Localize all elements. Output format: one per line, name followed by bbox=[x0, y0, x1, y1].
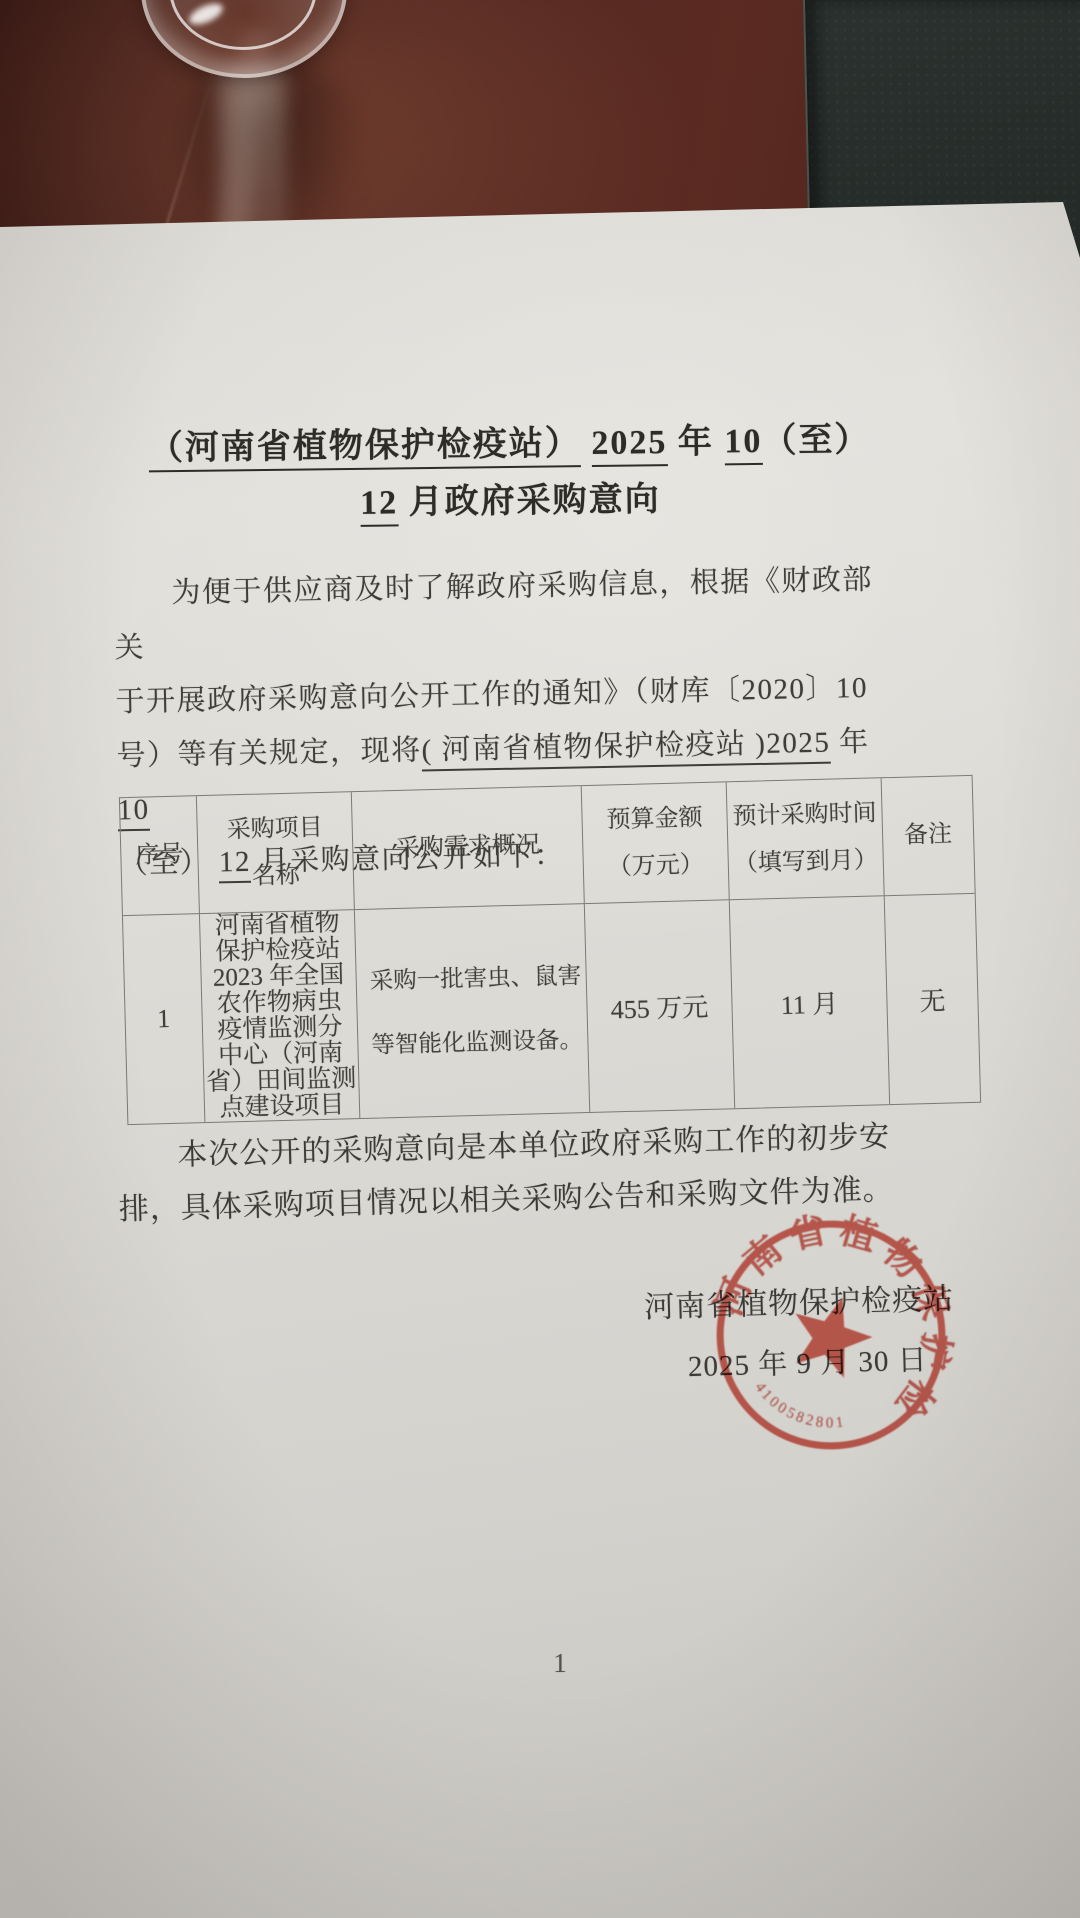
text-segment: 年 bbox=[667, 423, 724, 461]
text-line: 采购一批害虫、鼠害 bbox=[369, 944, 582, 1014]
table-row-seq: 1 bbox=[123, 914, 205, 1124]
svg-text:4100582801: 4100582801 bbox=[745, 1377, 854, 1440]
table-row-budget: 455 万元 bbox=[585, 900, 735, 1112]
intro-line-1: 为便于供应商及时了解政府采购信息，根据《财政部关 bbox=[113, 553, 879, 676]
text-segment: （河南省植物保护检疫站） bbox=[149, 425, 581, 472]
text-segment: 12 bbox=[360, 484, 399, 526]
text-line: 预算金额 bbox=[606, 794, 703, 843]
stamp-star-icon bbox=[782, 1286, 881, 1383]
th-remark: 备注 bbox=[882, 776, 975, 896]
text-segment: （至） bbox=[762, 422, 870, 460]
text-line: 等智能化监测设备。 bbox=[371, 1008, 584, 1078]
text-segment: 月政府采购意向 bbox=[398, 481, 661, 521]
th-time: 预计采购时间（填写到月） bbox=[727, 778, 885, 900]
text-line: （万元） bbox=[607, 841, 704, 890]
text-line: 点建设项目 bbox=[219, 1092, 345, 1121]
text-line: 名称 bbox=[251, 852, 300, 900]
text-segment: 年 bbox=[830, 726, 870, 759]
document-title: （河南省植物保护检疫站） 2025 年 10（至） 12 月政府采购意向 bbox=[119, 411, 900, 535]
text-line: 预计采购时间 bbox=[732, 790, 877, 841]
text-segment: 于开展政府采购意向公开工作的通知》（财库〔2020〕10 bbox=[115, 672, 868, 718]
table-row-requirement: 采购一批害虫、鼠害等智能化监测设备。 bbox=[355, 904, 590, 1118]
title-line-2: 12 月政府采购意向 bbox=[120, 468, 901, 535]
text-segment bbox=[581, 425, 592, 462]
th-project: 采购项目名称 bbox=[197, 792, 355, 914]
th-req: 采购需求概况 bbox=[352, 786, 585, 910]
text-segment: 为便于供应商及时了解政府采购信息，根据《财政部关 bbox=[114, 564, 873, 665]
text-line: 序号 bbox=[135, 832, 184, 880]
page-number: 1 bbox=[540, 1648, 580, 1679]
text-line: 采购需求概况 bbox=[395, 822, 540, 873]
th-budget: 预算金额（万元） bbox=[582, 782, 730, 904]
title-line-1: （河南省植物保护检疫站） 2025 年 10（至） bbox=[119, 411, 900, 478]
text-segment: 10 bbox=[724, 423, 763, 465]
text-segment: 2025 bbox=[591, 424, 668, 467]
stamp-serial: 4100582801 bbox=[745, 1377, 854, 1440]
table-row-time: 11 月 bbox=[730, 896, 890, 1108]
procurement-table: 序号 采购项目名称 采购需求概况 预算金额（万元） 预计采购时间（填写到月） 备… bbox=[119, 775, 981, 1125]
paper-sheet: （河南省植物保护检疫站） 2025 年 10（至） 12 月政府采购意向 为便于… bbox=[0, 0, 1080, 1918]
text-segment: ( 河南省植物保护检疫站 )2025 bbox=[421, 727, 830, 772]
text-line: 采购项目 bbox=[226, 804, 323, 853]
th-seq: 序号 bbox=[120, 796, 200, 916]
table-row-project: 河南省植物保护检疫站2023 年全国农作物病虫疫情监测分中心（河南省）田间监测点… bbox=[200, 910, 360, 1122]
text-line: （填写到月） bbox=[733, 837, 878, 888]
text-segment: 号）等有关规定，现将 bbox=[116, 734, 422, 772]
text-line: 备注 bbox=[904, 811, 953, 859]
table-row-remark: 无 bbox=[885, 894, 980, 1104]
